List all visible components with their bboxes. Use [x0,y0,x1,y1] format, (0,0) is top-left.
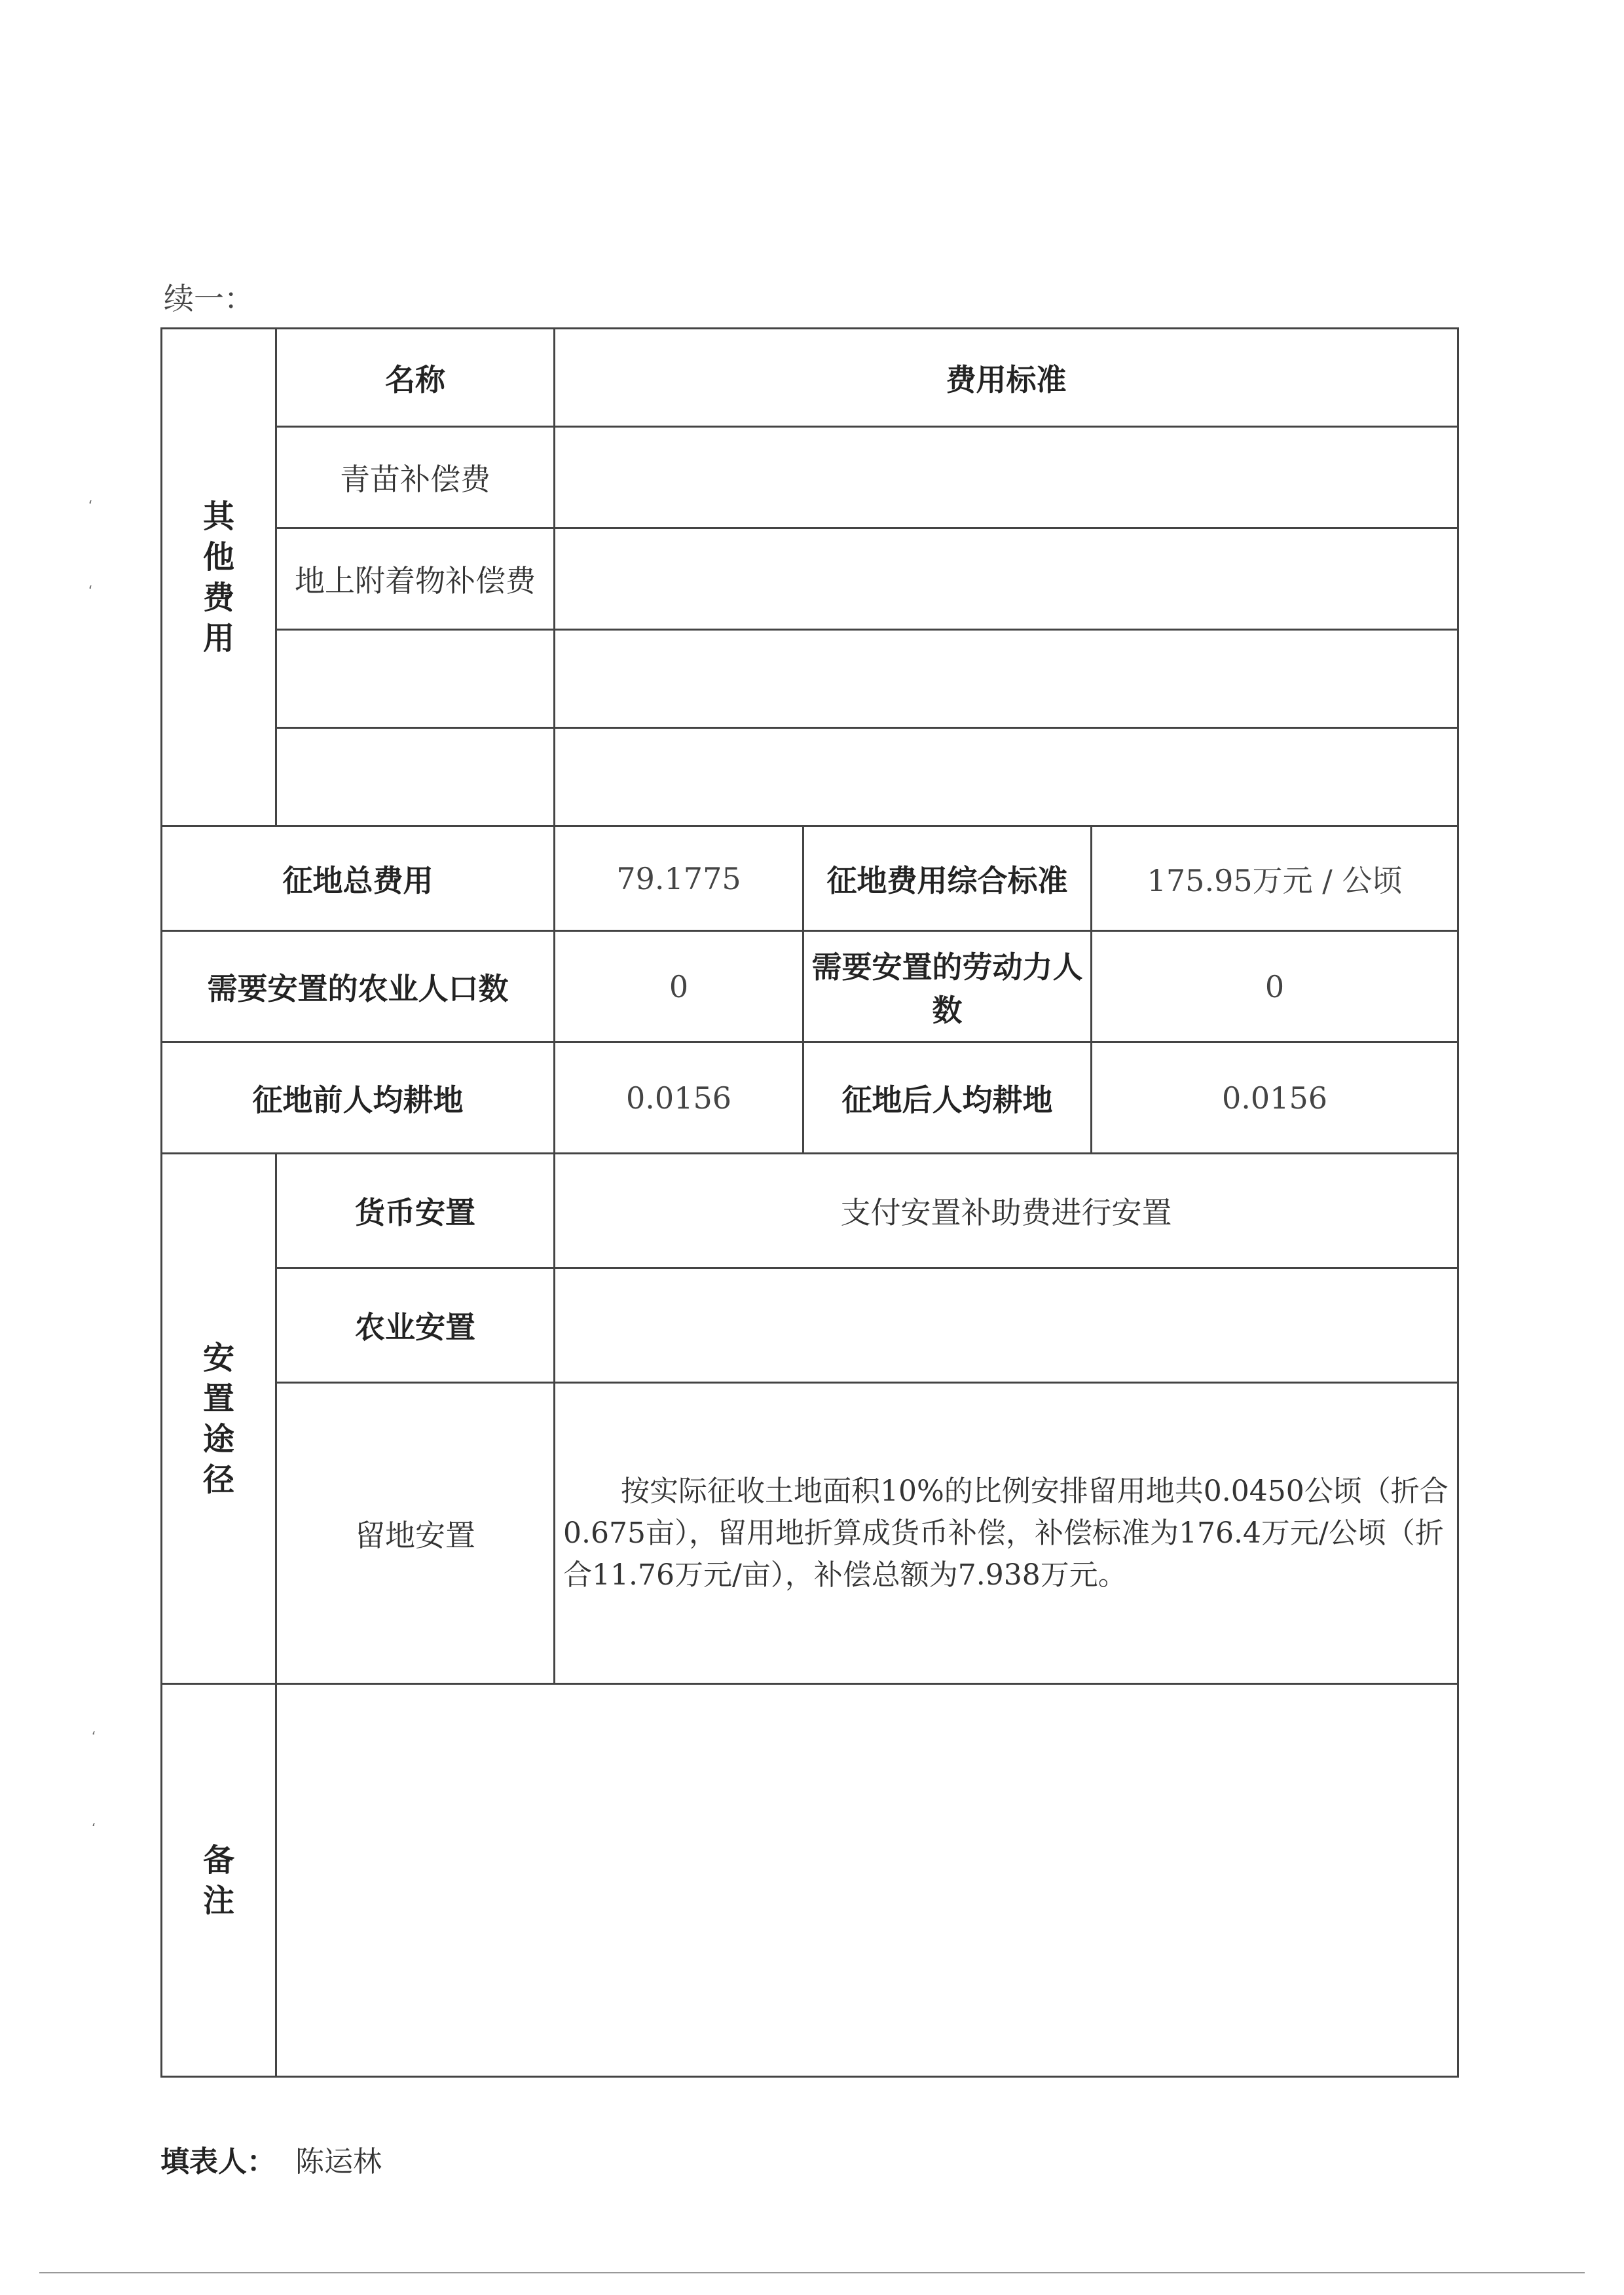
scan-mark: ‘ [88,583,92,598]
total-cost-label: 征地总费用 [162,826,555,931]
land-after-label: 征地后人均耕地 [803,1042,1092,1154]
continuation-label: 续一： [164,275,254,318]
vertical-text: 安置途径 [203,1340,234,1498]
agri-population-value: 0 [555,931,803,1042]
agri-population-label: 需要安置的农业人口数 [162,931,555,1042]
other-fees-section-label: 其他费用 [162,329,276,826]
fee-name-cell: 地上附着物补偿费 [276,528,555,630]
land-after-value: 0.0156 [1092,1042,1458,1154]
composite-standard-label: 征地费用综合标准 [803,826,1092,931]
resettlement-section-label: 安置途径 [162,1154,276,1684]
monetary-label: 货币安置 [276,1154,555,1268]
fee-standard-cell [555,427,1458,528]
filler-label: 填表人： [160,2145,276,2178]
page-bottom-rule [39,2272,1585,2273]
form-filler: 填表人：陈运林 [160,2138,382,2180]
fee-standard-cell [555,728,1458,826]
agricultural-label: 农业安置 [276,1268,555,1383]
land-before-label: 征地前人均耕地 [162,1042,555,1154]
agricultural-value [555,1268,1458,1383]
composite-standard-value: 175.95万元 / 公顷 [1092,826,1458,931]
scan-mark: ‘ [92,1820,96,1836]
fee-name-cell [276,728,555,826]
remarks-value [276,1684,1458,2077]
vertical-text: 备注 [203,1842,234,1919]
total-cost-value: 79.1775 [555,826,803,931]
reserved-land-value: 按实际征收土地面积10%的比例安排留用地共0.0450公顷（折合0.675亩），… [555,1383,1458,1684]
vertical-text: 其他费用 [203,498,234,657]
filler-name: 陈运林 [295,2145,382,2178]
fee-name-cell: 青苗补偿费 [276,427,555,528]
labor-label: 需要安置的劳动力人数 [803,931,1092,1042]
scan-mark: ‘ [92,1729,96,1744]
scan-mark: ‘ [88,498,92,513]
monetary-value: 支付安置补助费进行安置 [555,1154,1458,1268]
fee-name-cell [276,630,555,728]
standard-header: 费用标准 [555,329,1458,427]
fee-standard-cell [555,630,1458,728]
name-header: 名称 [276,329,555,427]
labor-value: 0 [1092,931,1458,1042]
reserved-land-label: 留地安置 [276,1383,555,1684]
land-before-value: 0.0156 [555,1042,803,1154]
land-acquisition-table: 其他费用 名称 费用标准 青苗补偿费 地上附着物补偿费 征地总费用 79.177… [160,327,1459,2078]
fee-standard-cell [555,528,1458,630]
remarks-label: 备注 [162,1684,276,2077]
